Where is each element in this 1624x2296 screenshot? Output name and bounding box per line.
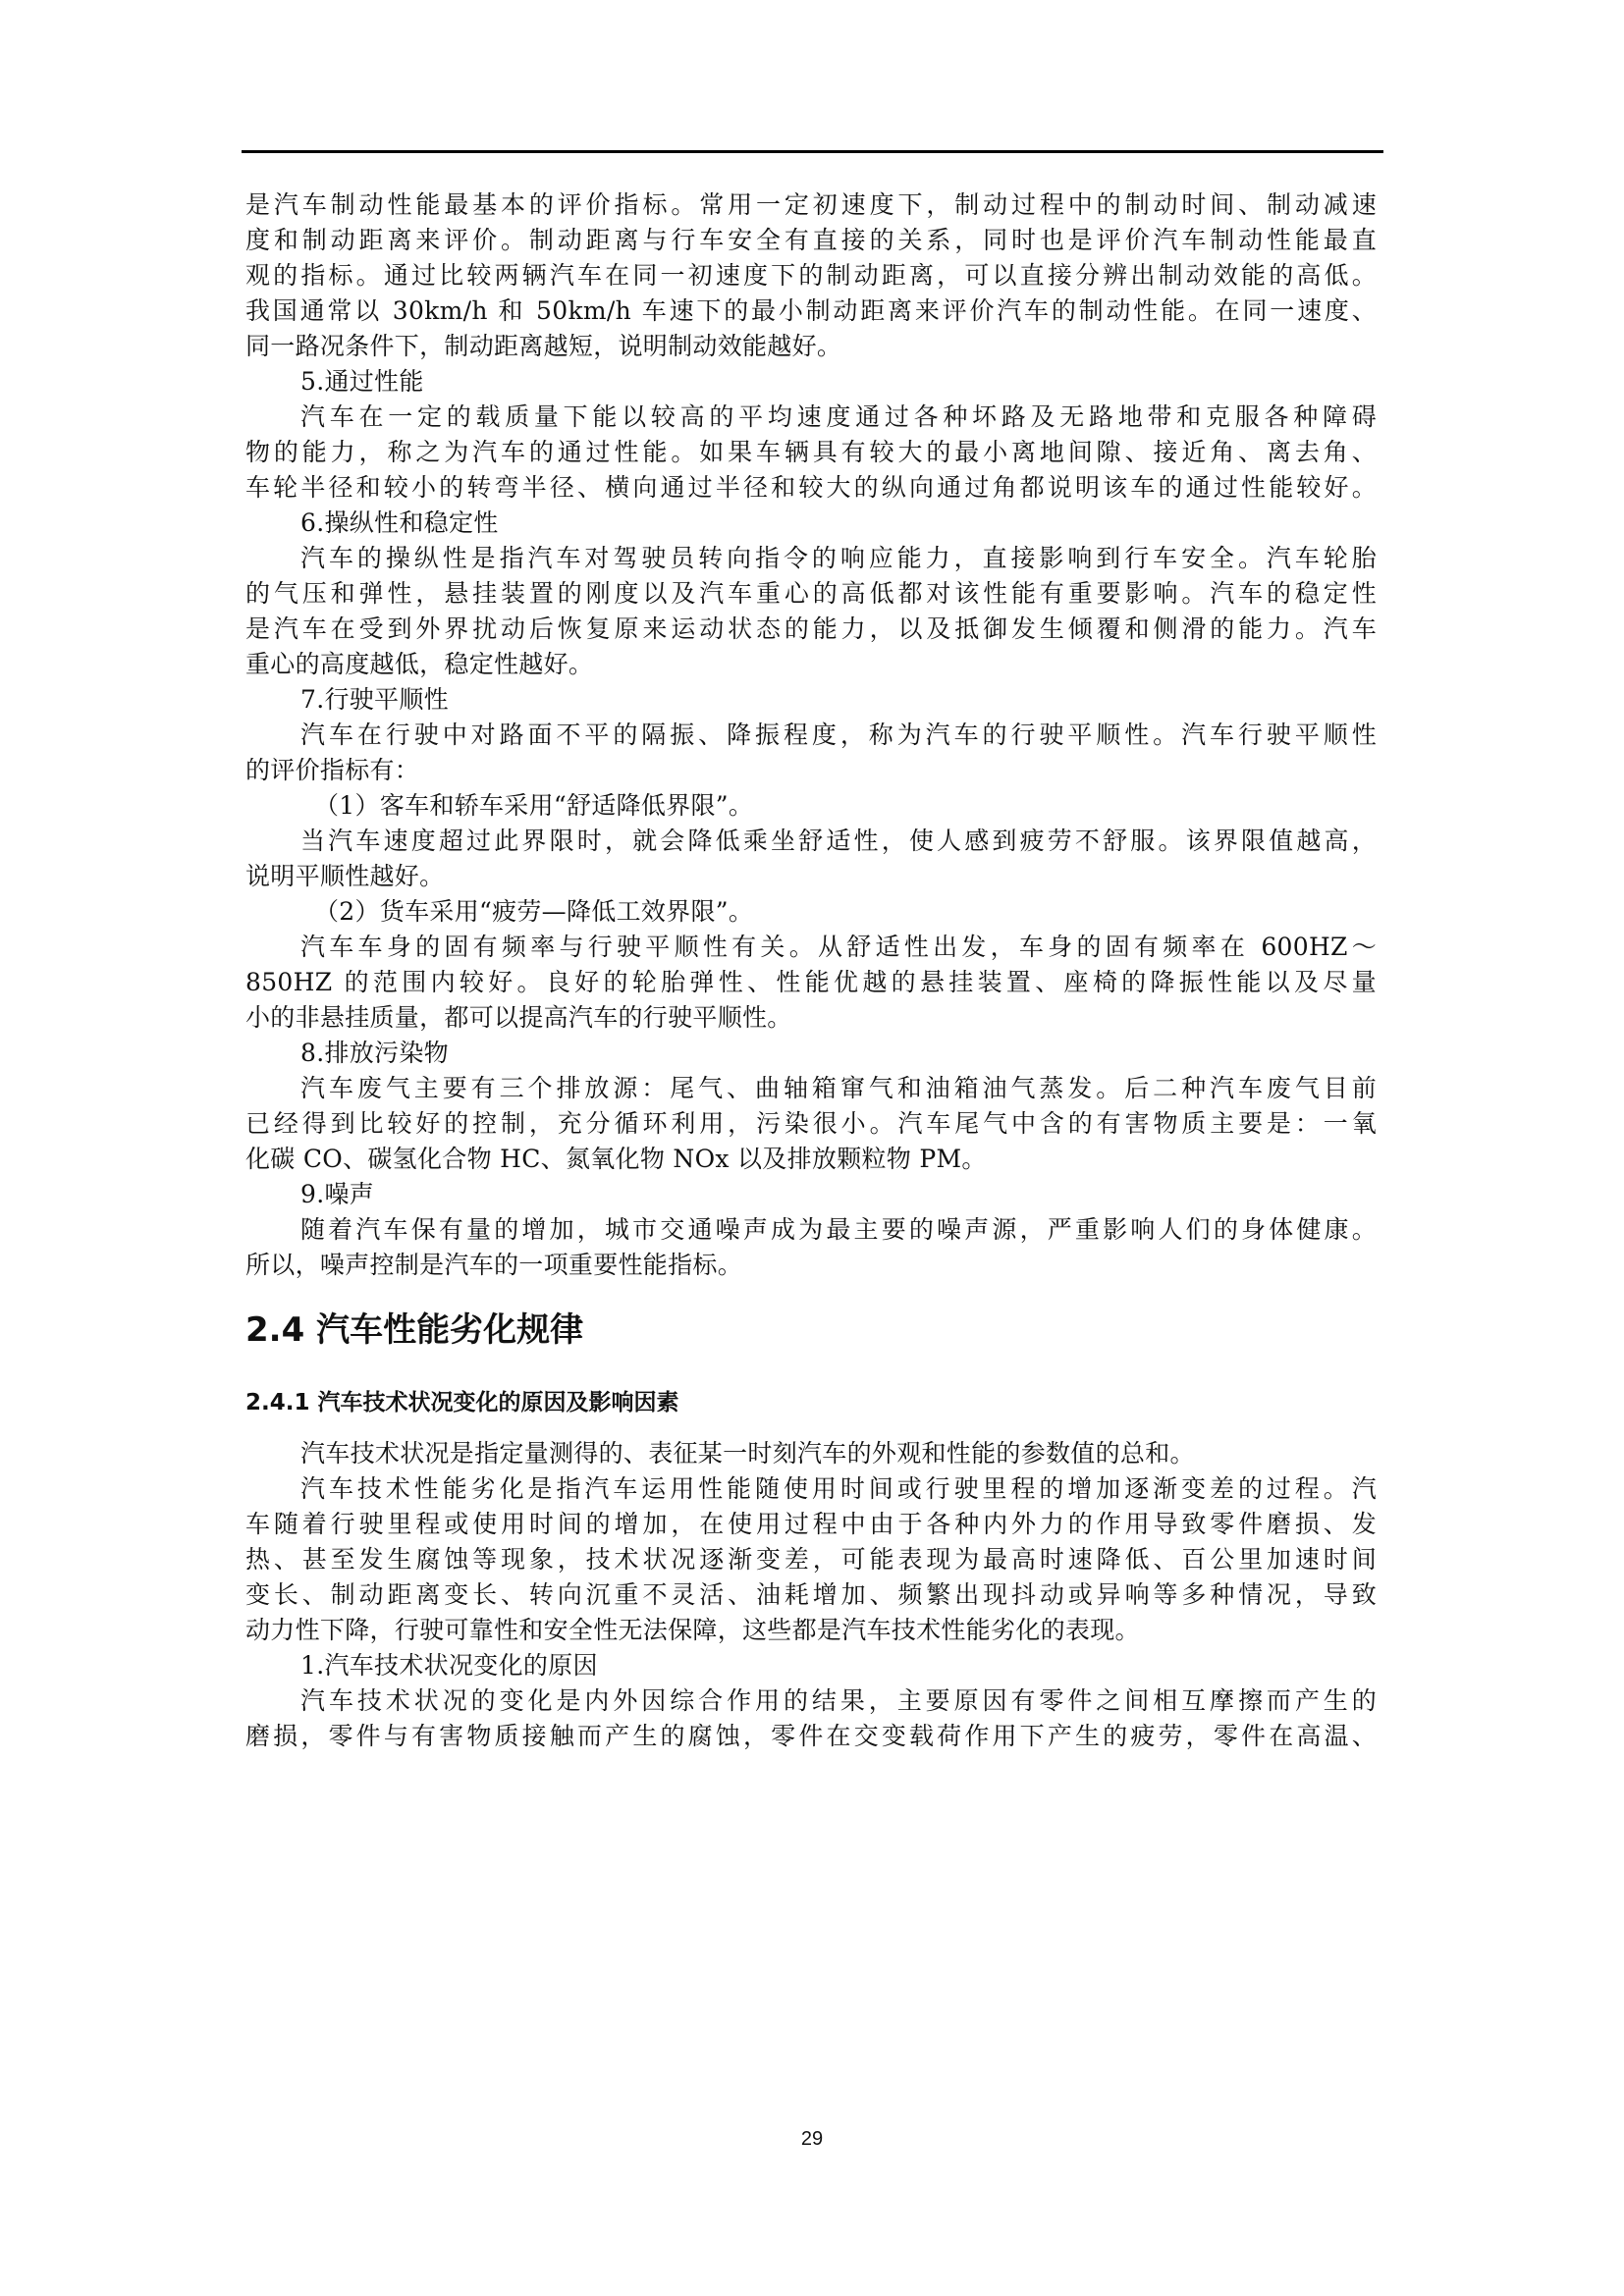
text-line: 度和制动距离来评价。制动距离与行车安全有直接的关系，同时也是评价汽车制动性能最直 <box>245 223 1377 258</box>
text-line: 当汽车速度超过此界限时，就会降低乘坐舒适性，使人感到疲劳不舒服。该界限值越高， <box>245 824 1377 859</box>
list-title-causes: 1.汽车技术状况变化的原因 <box>245 1648 1377 1683</box>
list-item-passenger-car: （1）客车和轿车采用“舒适降低界限”。 <box>245 788 1377 824</box>
text-line: 同一路况条件下，制动距离越短，说明制动效能越好。 <box>245 329 1377 364</box>
paragraph-ride-comfort: 汽车在行驶中对路面不平的隔振、降振程度，称为汽车的行驶平顺性。汽车行驶平顺性 的… <box>245 718 1377 788</box>
section-heading-2-4: 2.4 汽车性能劣化规律 <box>245 1308 1377 1352</box>
list-item-truck: （2）货车采用“疲劳—降低工效界限”。 <box>245 894 1377 930</box>
paragraph-natural-frequency: 汽车车身的固有频率与行驶平顺性有关。从舒适性出发，车身的固有频率在 600HZ～… <box>245 930 1377 1036</box>
text-line: 动力性下降，行驶可靠性和安全性无法保障，这些都是汽车技术性能劣化的表现。 <box>245 1613 1377 1648</box>
section-title-ride-comfort: 7.行驶平顺性 <box>245 682 1377 718</box>
section-title-passability: 5.通过性能 <box>245 364 1377 400</box>
paragraph-noise: 随着汽车保有量的增加，城市交通噪声成为最主要的噪声源，严重影响人们的身体健康。 … <box>245 1212 1377 1283</box>
text-line: 的评价指标有： <box>245 753 1377 788</box>
section-title-noise: 9.噪声 <box>245 1177 1377 1212</box>
subsection-heading-2-4-1: 2.4.1 汽车技术状况变化的原因及影响因素 <box>245 1385 1377 1420</box>
text-line: 汽车车身的固有频率与行驶平顺性有关。从舒适性出发，车身的固有频率在 600HZ～ <box>245 930 1377 965</box>
text-line: 汽车技术状况的变化是内外因综合作用的结果，主要原因有零件之间相互摩擦而产生的 <box>245 1683 1377 1719</box>
text-line: 850HZ 的范围内较好。良好的轮胎弹性、性能优越的悬挂装置、座椅的降振性能以及… <box>245 965 1377 1000</box>
text-line: 磨损，零件与有害物质接触而产生的腐蚀，零件在交变载荷作用下产生的疲劳，零件在高温… <box>245 1719 1377 1754</box>
text-line: 热、甚至发生腐蚀等现象，技术状况逐渐变差，可能表现为最高时速降低、百公里加速时间 <box>245 1542 1377 1577</box>
page-number: 29 <box>0 2128 1624 2151</box>
section-title-emissions: 8.排放污染物 <box>245 1036 1377 1071</box>
text-line: 物的能力，称之为汽车的通过性能。如果车辆具有较大的最小离地间隙、接近角、离去角、 <box>245 435 1377 470</box>
header-rule <box>242 150 1383 153</box>
text-line: 所以，噪声控制是汽车的一项重要性能指标。 <box>245 1248 1377 1283</box>
text-line: 随着汽车保有量的增加，城市交通噪声成为最主要的噪声源，严重影响人们的身体健康。 <box>245 1212 1377 1248</box>
text-line: 汽车在一定的载质量下能以较高的平均速度通过各种坏路及无路地带和克服各种障碍 <box>245 400 1377 435</box>
paragraph-comfort-limit: 当汽车速度超过此界限时，就会降低乘坐舒适性，使人感到疲劳不舒服。该界限值越高， … <box>245 824 1377 894</box>
text-line: 汽车的操纵性是指汽车对驾驶员转向指令的响应能力，直接影响到行车安全。汽车轮胎 <box>245 541 1377 576</box>
paragraph-technical-condition: 汽车技术状况是指定量测得的、表征某一时刻汽车的外观和性能的参数值的总和。 <box>245 1436 1377 1471</box>
text-line: 变长、制动距离变长、转向沉重不灵活、油耗增加、频繁出现抖动或异响等多种情况，导致 <box>245 1577 1377 1613</box>
text-line: 说明平顺性越好。 <box>245 859 1377 894</box>
section-title-handling-stability: 6.操纵性和稳定性 <box>245 506 1377 541</box>
text-line: 的气压和弹性，悬挂装置的刚度以及汽车重心的高低都对该性能有重要影响。汽车的稳定性 <box>245 576 1377 612</box>
paragraph-performance-degradation: 汽车技术性能劣化是指汽车运用性能随使用时间或行驶里程的增加逐渐变差的过程。汽 车… <box>245 1471 1377 1648</box>
text-line: 汽车技术性能劣化是指汽车运用性能随使用时间或行驶里程的增加逐渐变差的过程。汽 <box>245 1471 1377 1507</box>
text-line: 是汽车制动性能最基本的评价指标。常用一定初速度下，制动过程中的制动时间、制动减速 <box>245 187 1377 223</box>
text-line: 车轮半径和较小的转弯半径、横向通过半径和较大的纵向通过角都说明该车的通过性能较好… <box>245 470 1377 506</box>
text-line: 已经得到比较好的控制，充分循环利用，污染很小。汽车尾气中含的有害物质主要是：一氧 <box>245 1106 1377 1142</box>
text-line: 小的非悬挂质量，都可以提高汽车的行驶平顺性。 <box>245 1000 1377 1036</box>
text-line: 是汽车在受到外界扰动后恢复原来运动状态的能力，以及抵御发生倾覆和侧滑的能力。汽车 <box>245 612 1377 647</box>
text-line: 重心的高度越低，稳定性越好。 <box>245 647 1377 682</box>
paragraph-handling-stability: 汽车的操纵性是指汽车对驾驶员转向指令的响应能力，直接影响到行车安全。汽车轮胎 的… <box>245 541 1377 682</box>
text-line: 车随着行驶里程或使用时间的增加，在使用过程中由于各种内外力的作用导致零件磨损、发 <box>245 1507 1377 1542</box>
paragraph-braking-evaluation: 是汽车制动性能最基本的评价指标。常用一定初速度下，制动过程中的制动时间、制动减速… <box>245 187 1377 364</box>
text-line: 观的指标。通过比较两辆汽车在同一初速度下的制动距离，可以直接分辨出制动效能的高低… <box>245 258 1377 294</box>
paragraph-causes: 汽车技术状况的变化是内外因综合作用的结果，主要原因有零件之间相互摩擦而产生的 磨… <box>245 1683 1377 1754</box>
paragraph-emissions: 汽车废气主要有三个排放源：尾气、曲轴箱窜气和油箱油气蒸发。后二种汽车废气目前 已… <box>245 1071 1377 1177</box>
text-line: 汽车废气主要有三个排放源：尾气、曲轴箱窜气和油箱油气蒸发。后二种汽车废气目前 <box>245 1071 1377 1106</box>
page-content: 是汽车制动性能最基本的评价指标。常用一定初速度下，制动过程中的制动时间、制动减速… <box>245 187 1377 1754</box>
text-line: 我国通常以 30km/h 和 50km/h 车速下的最小制动距离来评价汽车的制动… <box>245 294 1377 329</box>
paragraph-passability: 汽车在一定的载质量下能以较高的平均速度通过各种坏路及无路地带和克服各种障碍 物的… <box>245 400 1377 506</box>
text-line: 汽车在行驶中对路面不平的隔振、降振程度，称为汽车的行驶平顺性。汽车行驶平顺性 <box>245 718 1377 753</box>
text-line: 化碳 CO、碳氢化合物 HC、氮氧化物 NOx 以及排放颗粒物 PM。 <box>245 1142 1377 1177</box>
